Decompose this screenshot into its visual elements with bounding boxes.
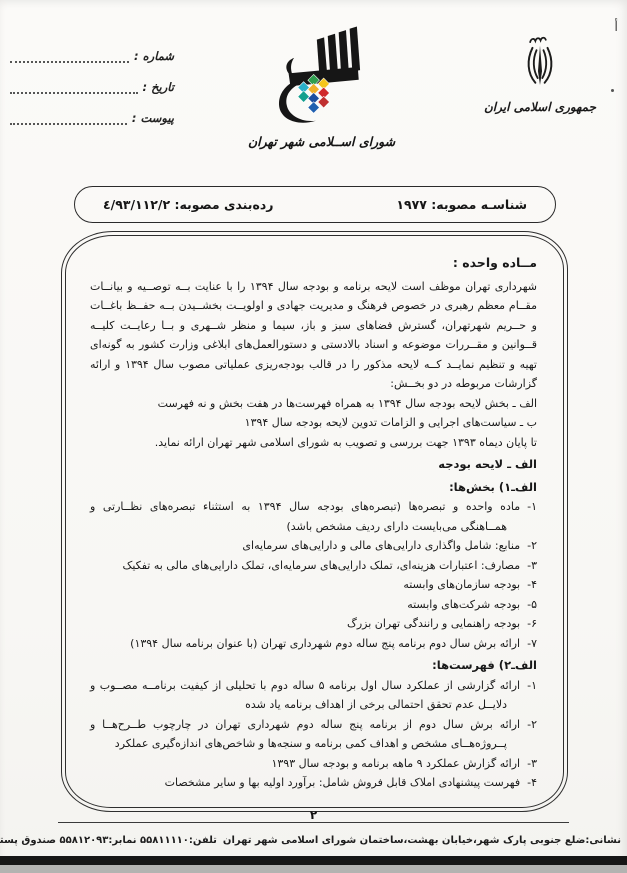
section-a2-title: الف‌ـ۲) فهرست‌ها: <box>90 656 537 676</box>
council-logo-block: شورای اســلامی شهر تهران <box>248 26 382 149</box>
list-item-number: ۴- <box>527 776 537 789</box>
list-item-number: ۶- <box>527 617 537 630</box>
council-logo-caption: شورای اســلامی شهر تهران <box>248 134 382 149</box>
list-item: ۵-بودجه شرکت‌های وابسته <box>90 595 537 615</box>
date-field-label: تاریخ : <box>143 80 175 94</box>
document-body: مــاده واحده : شهرداری تهران موظف است لا… <box>65 235 564 808</box>
list-item-number: ۵- <box>527 598 537 611</box>
resolution-meta-bar: شناسـه مصوبه: ۱۹۷۷ رده‌بندی مصوبه: ٤/٩٣/… <box>74 186 556 223</box>
corner-mark: أ <box>614 20 618 35</box>
list-item: ۱-ارائه گزارشی از عملکرد سال اول برنامه … <box>90 676 537 715</box>
list-item-number: ۱- <box>527 500 537 513</box>
date-field-dotted-line <box>10 81 138 94</box>
list-item: ۷-ارائه برش سال دوم برنامه پنج ساله دوم … <box>90 634 537 654</box>
logo-diamond <box>298 91 310 103</box>
list-item-text: ارائه گزارشی از عملکرد سال اول برنامه ۵ … <box>90 679 520 712</box>
list-item-number: ۳- <box>527 757 537 770</box>
list-item-number: ۱- <box>527 679 537 692</box>
part-a-line: الف ـ بخش لایحه بودجه سال ۱۳۹۴ به همراه … <box>90 394 537 414</box>
attachment-field-label: پیوست : <box>132 111 174 125</box>
scan-edge-band-gray <box>0 865 627 873</box>
attachment-field: پیوست : <box>10 108 174 125</box>
page-number: ۲ <box>0 808 627 822</box>
list-item: ۳-ارائه گزارش عملکرد ۹ ماهه برنامه و بود… <box>90 754 537 774</box>
list-item-number: ۷- <box>527 637 537 650</box>
list-item: ۱-ماده واحده و تبصره‌ها (تبصره‌های بودجه… <box>90 497 537 536</box>
logo-diamond <box>308 102 320 114</box>
scanned-document-page: أ شماره : تاریخ : پیوست : <box>0 0 627 873</box>
resolution-classification: رده‌بندی مصوبه: ٤/٩٣/١١٢/٢ <box>103 197 273 212</box>
list-item-text: منابع: شامل واگذاری دارایی‌های مالی و دا… <box>242 539 520 552</box>
section-a-title: الف ـ لایحه بودجه <box>90 455 537 475</box>
scan-artifact-dot <box>611 89 614 92</box>
deadline-line: تا پایان دیماه ۱۳۹۳ جهت بررسی و تصویب به… <box>90 433 537 453</box>
number-field-label: شماره : <box>134 49 174 63</box>
list-item: ۲-منابع: شامل واگذاری دارایی‌های مالی و … <box>90 536 537 556</box>
scan-edge-band-dark <box>0 856 627 865</box>
footer: نشانی:ضلع جنوبی پارک شهر،خیابان بهشت،ساخ… <box>6 835 621 846</box>
list-item-text: بودجه شرکت‌های وابسته <box>407 598 520 611</box>
council-logo-icon <box>269 26 361 128</box>
iran-emblem-icon <box>511 34 569 92</box>
list-item: ۴-بودجه سازمان‌های وابسته <box>90 575 537 595</box>
list-item: ۴-فهرست پیشنهادی املاک قابل فروش شامل: ب… <box>90 773 537 793</box>
list-item-text: ارائه برش سال دوم از برنامه پنج ساله دوم… <box>90 718 520 751</box>
attachment-field-dotted-line <box>10 112 127 125</box>
list-item: ۶-بودجه راهنمایی و رانندگی تهران بزرگ <box>90 614 537 634</box>
list-item-number: ۲- <box>527 718 537 731</box>
list-item-text: ارائه گزارش عملکرد ۹ ماهه برنامه و بودجه… <box>271 757 520 770</box>
list-item-text: بودجه راهنمایی و رانندگی تهران بزرگ <box>347 617 520 630</box>
footer-address: نشانی:ضلع جنوبی پارک شهر،خیابان بهشت،ساخ… <box>223 835 621 846</box>
resolution-id-value: ۱۹۷۷ <box>396 197 427 212</box>
list-item: ۲-ارائه برش سال دوم از برنامه پنج ساله د… <box>90 715 537 754</box>
national-emblem-block: جمهوری اسلامی ایران <box>470 34 610 114</box>
logo-diamond <box>318 96 330 108</box>
article-heading: مــاده واحده : <box>90 253 537 273</box>
resolution-id-label: شناسـه مصوبه: <box>431 197 527 212</box>
letterhead-fields: شماره : تاریخ : پیوست : <box>10 46 174 139</box>
list-item-text: فهرست پیشنهادی املاک قابل فروش شامل: برآ… <box>165 776 520 789</box>
content-frame: مــاده واحده : شهرداری تهران موظف است لا… <box>61 231 568 812</box>
list-item-text: ماده واحده و تبصره‌ها (تبصره‌های بودجه س… <box>90 500 520 533</box>
list-item-text: ارائه برش سال دوم برنامه پنج ساله دوم شه… <box>130 637 520 650</box>
list-item-number: ۳- <box>527 559 537 572</box>
list-item-number: ۴- <box>527 578 537 591</box>
date-field: تاریخ : <box>10 77 174 94</box>
resolution-classification-value: ٤/٩٣/١١٢/٢ <box>103 197 170 212</box>
resolution-classification-label: رده‌بندی مصوبه: <box>174 197 273 212</box>
section-a1-title: الف‌ـ۱) بخش‌ها: <box>90 478 537 498</box>
number-field-dotted-line <box>10 50 129 63</box>
national-emblem-caption: جمهوری اسلامی ایران <box>470 100 610 114</box>
list-item-text: مصارف: اعتبارات هزینه‌ای، تملک دارایی‌ها… <box>122 559 520 572</box>
part-b-line: ب ـ سیاست‌های اجرایی و الزامات تدوین لای… <box>90 413 537 433</box>
list-item: ۳-مصارف: اعتبارات هزینه‌ای، تملک دارایی‌… <box>90 556 537 576</box>
list-item-text: بودجه سازمان‌های وابسته <box>403 578 520 591</box>
footer-contact: تلفن:۵۵۸۱۱۱۱۰ نمابر:۵۵۸۱۲۰۹۳ صندوق پستی:… <box>0 835 217 846</box>
footer-divider <box>58 822 569 823</box>
intro-paragraph: شهرداری تهران موظف است لایحه برنامه و بو… <box>90 277 537 394</box>
number-field: شماره : <box>10 46 174 63</box>
list-item-number: ۲- <box>527 539 537 552</box>
resolution-id: شناسـه مصوبه: ۱۹۷۷ <box>396 197 527 212</box>
